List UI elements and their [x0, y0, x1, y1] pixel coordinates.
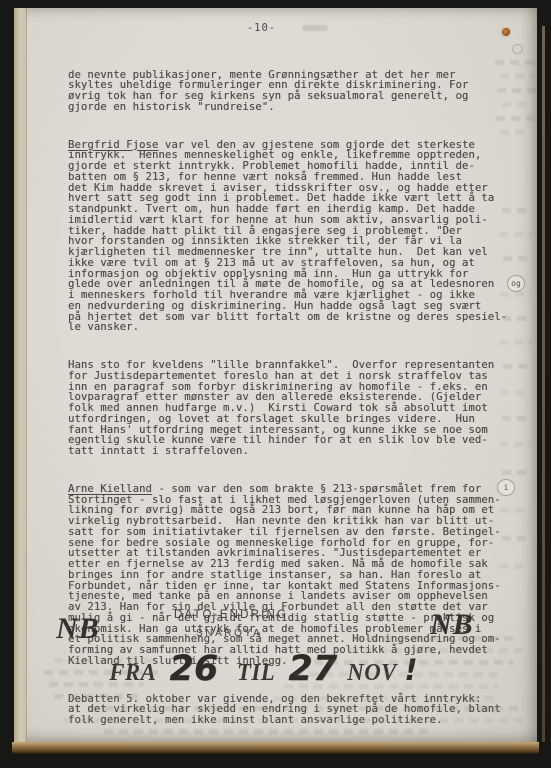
circled-i-mark: i: [498, 480, 514, 495]
bleedthrough-noise: [500, 130, 530, 135]
rust-spot: [502, 28, 510, 36]
bleedthrough-noise: [284, 684, 499, 689]
bleedthrough-noise: [89, 706, 519, 711]
location-snaroya: SNARÖYA: [196, 628, 262, 639]
paragraph: Hans sto for kveldens "lille brannfakkel…: [68, 360, 520, 457]
page-spine-edge: [14, 8, 27, 742]
bleedthrough-noise: [49, 682, 144, 687]
bleedthrough-noise: [502, 208, 532, 213]
bleedthrough-noise: [499, 232, 533, 237]
bleedthrough-noise: [294, 672, 504, 677]
exclamation-mark: !: [404, 653, 417, 687]
ink-smudge: [302, 25, 328, 31]
date-change-line: FRA 26 TIL 27 NOV !: [108, 649, 418, 689]
bleedthrough-noise: [502, 470, 530, 475]
scan-background: -10- de nevnte publikasjoner, mente Grøn…: [0, 0, 551, 768]
bleedthrough-noise: [499, 442, 531, 447]
dato-endring-heading: DATO-ENDRING: [174, 609, 288, 621]
bleedthrough-noise: [500, 508, 530, 513]
bleedthrough-noise: [44, 670, 164, 675]
bleedthrough-noise: [499, 340, 532, 345]
page-bottom-edge: [12, 742, 539, 754]
bleedthrough-noise: [502, 316, 530, 321]
paragraph: de nevnte publikasjoner, mente Grønnings…: [68, 70, 520, 113]
bleedthrough-noise: [503, 256, 531, 261]
page-number: -10-: [14, 22, 509, 34]
bleedthrough-noise: [502, 536, 530, 541]
bleedthrough-noise: [497, 88, 537, 93]
adjacent-sheet-edge: [542, 26, 545, 742]
to-day: 27: [288, 649, 337, 689]
bleedthrough-noise: [354, 636, 514, 641]
underlined-name: Arne Kielland: [68, 483, 152, 495]
bleedthrough-noise: [502, 416, 530, 421]
scanned-page: -10- de nevnte publikasjoner, mente Grøn…: [14, 8, 537, 742]
from-day: 26: [170, 649, 219, 689]
bleedthrough-noise: [496, 116, 534, 121]
bleedthrough-noise: [104, 729, 434, 734]
bleedthrough-noise: [314, 660, 514, 665]
circled-og-mark: og: [508, 276, 524, 291]
til-word: TIL: [237, 660, 275, 687]
bleedthrough-noise: [64, 718, 524, 723]
bleedthrough-noise: [274, 696, 494, 701]
underlined-name: Bergfrid Fjose: [68, 139, 158, 151]
bleedthrough-noise: [499, 564, 529, 569]
bleedthrough-noise: [503, 364, 531, 369]
bleedthrough-noise: [500, 390, 531, 395]
faint-ring: [512, 44, 523, 54]
bleedthrough-noise: [334, 648, 524, 653]
bleedthrough-noise: [500, 74, 534, 79]
bleedthrough-noise: [54, 658, 154, 663]
bleedthrough-noise: [54, 694, 144, 699]
bleedthrough-noise: [495, 60, 535, 65]
bleedthrough-noise: [502, 102, 532, 107]
bleedthrough-noise: [500, 292, 532, 297]
nb-stamp-left: NB: [56, 612, 100, 646]
paragraph: Bergfrid Fjose var vel den av gjestene s…: [68, 140, 520, 334]
